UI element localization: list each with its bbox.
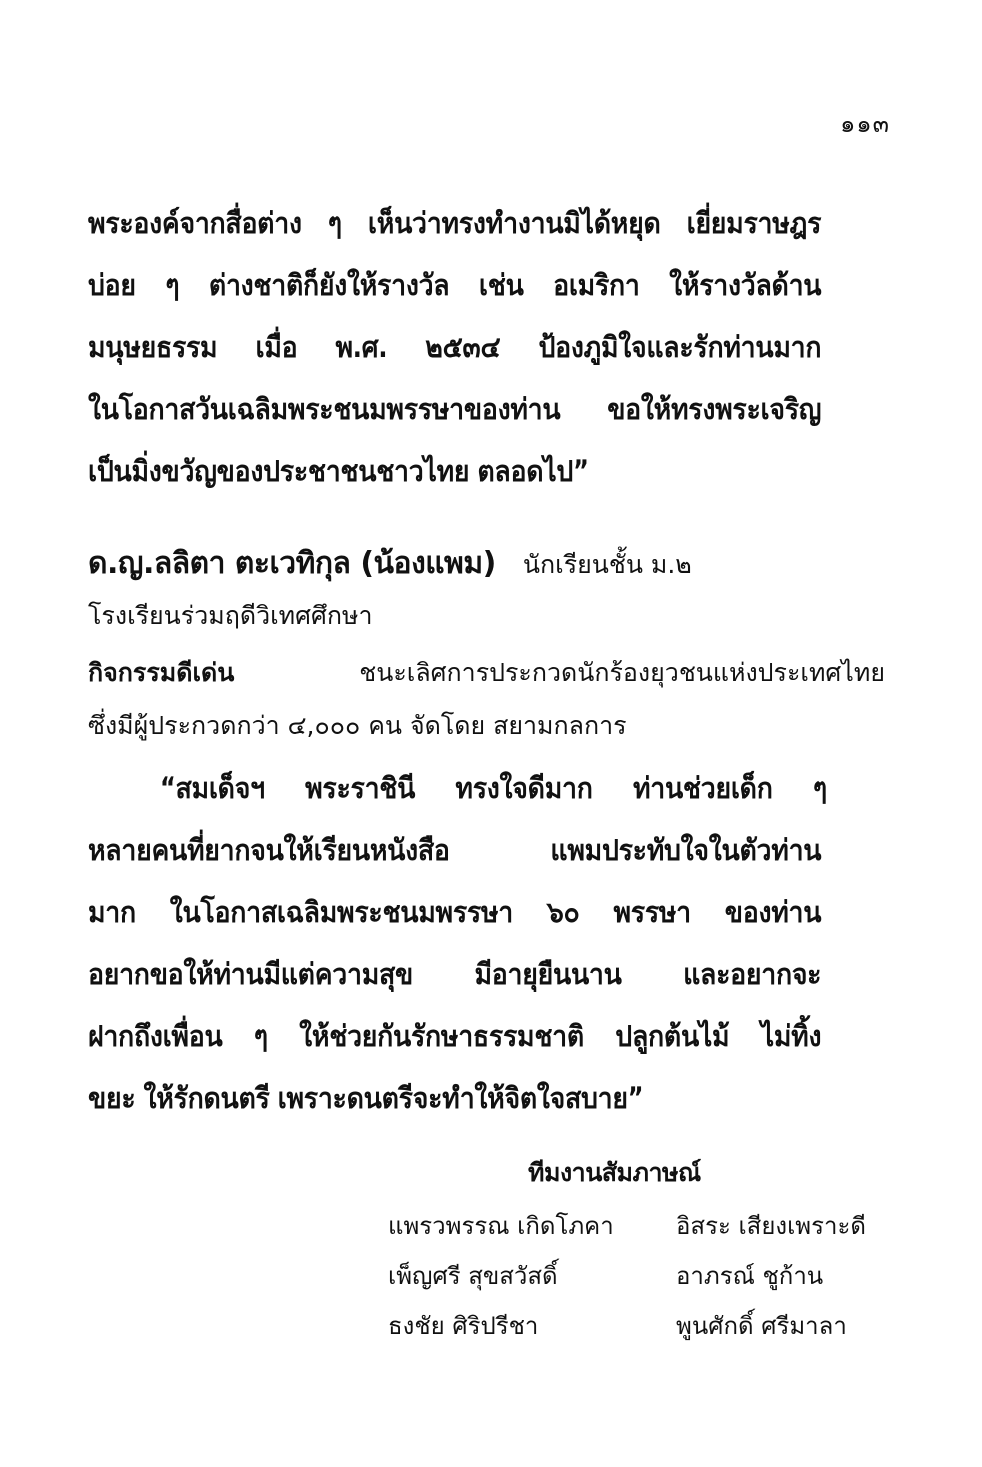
team-member: แพรวพรรณ เกิดโภคา xyxy=(388,1208,676,1244)
student-school: โรงเรียนร่วมฤดีวิเทศศึกษา xyxy=(88,596,885,636)
activity-description: ชนะเลิศการประกวดนักร้องยุวชนแห่งประเทศไท… xyxy=(359,658,885,687)
previous-quote-line: บ่อย ๆ ต่างชาติก็ยังให้รางวัล เช่น อเมริ… xyxy=(88,262,821,308)
team-member: เพ็ญศรี สุขสวัสดิ์ xyxy=(388,1258,676,1294)
page-number: ๑๑๓ xyxy=(840,104,890,143)
team-member: อิสระ เสียงเพราะดี xyxy=(676,1208,896,1244)
previous-quote-line: ในโอกาสวันเฉลิมพระชนมพรรษาของท่าน ขอให้ท… xyxy=(88,386,821,432)
activity-description-continued: ซึ่งมีผู้ประกวดกว่า ๔,๐๐๐ คน จัดโดย สยาม… xyxy=(88,706,885,746)
team-member: ธงชัย ศิริปรีชา xyxy=(388,1308,676,1344)
quote-line: ฝากถึงเพื่อน ๆ ให้ช่วยกันรักษาธรรมชาติ ป… xyxy=(88,1013,821,1059)
quote-line: มาก ในโอกาสเฉลิมพระชนมพรรษา ๖๐ พรรษา ของ… xyxy=(88,889,821,935)
quote-line: หลายคนที่ยากจนให้เรียนหนังสือ แพมประทับใ… xyxy=(88,827,821,873)
quote-line: อยากขอให้ท่านมีแต่ความสุข มีอายุยืนนาน แ… xyxy=(88,951,821,997)
team-member: อาภรณ์ ชูก้าน xyxy=(676,1258,896,1294)
previous-quote-line: พระองค์จากสื่อต่าง ๆ เห็นว่าทรงทำงานมิได… xyxy=(88,200,821,246)
student-grade: นักเรียนชั้น ม.๒ xyxy=(523,550,692,579)
interview-team-title: ทีมงานสัมภาษณ์ xyxy=(528,1153,701,1193)
previous-quote-line: มนุษยธรรม เมื่อ พ.ศ. ๒๕๓๔ ป้องภูมิใจและร… xyxy=(88,324,821,370)
interview-team-list: แพรวพรรณ เกิดโภคา อิสระ เสียงเพราะดี เพ็… xyxy=(388,1208,896,1344)
team-member: พูนศักดิ์ ศรีมาลา xyxy=(676,1308,896,1344)
student-name: ด.ญ.ลลิตา ตะเวทิกุล (น้องแพม) xyxy=(88,546,496,581)
quote-line: ขยะ ให้รักดนตรี เพราะดนตรีจะทำให้จิตใจสบ… xyxy=(88,1075,821,1121)
profile-heading: ด.ญ.ลลิตา ตะเวทิกุล (น้องแพม) นักเรียนชั… xyxy=(88,540,885,587)
activity-line: กิจกรรมดีเด่น ชนะเลิศการประกวดนักร้องยุว… xyxy=(88,653,885,693)
quote-line: “สมเด็จฯ พระราชินี ทรงใจดีมาก ท่านช่วยเด… xyxy=(160,765,827,811)
activity-label: กิจกรรมดีเด่น xyxy=(88,658,234,687)
previous-quote-line: เป็นมิ่งขวัญของประชาชนชาวไทย ตลอดไป” xyxy=(88,448,821,494)
